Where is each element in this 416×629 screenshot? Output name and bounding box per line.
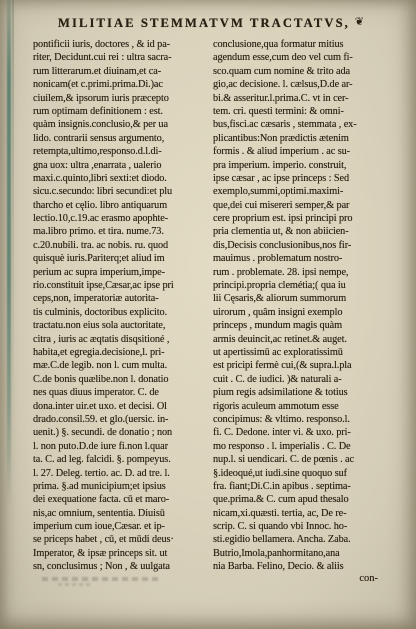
- text-line: dona.inter uir.et uxo. et decisi. Ol: [33, 400, 206, 413]
- text-line: conclusione,qua formatur mitius: [213, 38, 392, 51]
- text-line: tharcho et cęlio. libro antiquarum: [33, 199, 206, 212]
- text-line: principi.propria clemétia;( qua iu: [213, 279, 392, 292]
- text-line: gio,ac decisione. l. cælsus,D.de ar-: [213, 78, 392, 91]
- text-line: ceps,non, imperatoriæ autorita-: [33, 292, 206, 305]
- text-line: pontificii iuris, doctores , & id pa-: [33, 38, 206, 51]
- text-line: fi. C. Dedone. inter vi. & uxo. pri-: [213, 426, 392, 439]
- hedera-ornament-icon: ❦: [355, 15, 364, 28]
- text-line: Imperator, & ipsæ princeps sit. ut: [33, 547, 206, 560]
- running-title: MILITIAE STEMMATVM TRACTATVS,: [58, 16, 350, 31]
- text-line: imperium cum ioue,Cæsar. et ip-: [33, 520, 206, 533]
- text-line: nup.l. si uendicari. C. de pœnis . ac: [213, 453, 392, 466]
- text-line: armis deuincit,ac retinet.& auget.: [213, 333, 392, 346]
- text-line: princeps , mundum magis quàm: [213, 319, 392, 332]
- text-line: pra imperium. imperio. construit,: [213, 159, 392, 172]
- text-line: sicu.c.secundo: libri secundi:et plu: [33, 185, 206, 198]
- text-line: scrip. C. si quando vbi Innoc. ho-: [213, 520, 392, 533]
- text-line: plicantibus:Non prædictis ætenim: [213, 132, 392, 145]
- text-line: pria clementia ut, & non abiicien-: [213, 225, 392, 238]
- text-line: lii Cęsaris,& aliorum summorum: [213, 292, 392, 305]
- text-column-left: pontificii iuris, doctores , & id pa-rit…: [33, 38, 206, 574]
- text-line: ciuilem,& ipsorum iuris præcepto: [33, 92, 206, 105]
- book-page: MILITIAE STEMMATVM TRACTATVS, ❦ pontific…: [0, 0, 416, 629]
- text-line: retempta,ultimo,responso.d.l.di-: [33, 145, 206, 158]
- text-line: que.prima.& C. cum apud thesalo: [213, 493, 392, 506]
- text-line: formis . & aliud imperium . ac su-: [213, 145, 392, 158]
- text-line: nis,ac omnium, sententia. Diuisū: [33, 507, 206, 520]
- text-line: ma.libro primo. et tira. nume.73.: [33, 225, 206, 238]
- ink-bleedthrough: [58, 583, 92, 586]
- text-line: rigoris aculeum ammotum esse: [213, 400, 392, 413]
- text-line: Butrio,Imola,panhormitano,ana: [213, 547, 392, 560]
- catchword: con-: [359, 573, 378, 584]
- text-line: §.ideoqué,ut iudi.sine quoquo suf: [213, 467, 392, 480]
- text-line: dei exequatione facta. cū et maro-: [33, 493, 206, 506]
- text-line: C.de bonis quælibe.non l. donatio: [33, 373, 206, 386]
- text-line: est pricipi fermè cui,(& supra.l.pla: [213, 359, 392, 372]
- text-line: nia Barba. Felino, Decio. & aliis: [213, 560, 392, 573]
- text-line: c.20.nubili. tra. ac nobis. ru. quod: [33, 239, 206, 252]
- ink-bleedthrough: [42, 577, 160, 581]
- text-line: bus,fisci.ac cæsaris , stemmata , ex-: [213, 118, 392, 131]
- text-line: rum litterarum.et diuinam,et ca-: [33, 65, 206, 78]
- text-line: citra , iuris ac æqtatis disqsitioné ,: [33, 333, 206, 346]
- text-line: gna uox: ultra ,enarrata , ualerio: [33, 159, 206, 172]
- text-line: ipse cæsar , ac ipse princeps : Sed: [213, 172, 392, 185]
- text-line: se priceps habet , cū, et mūdi deus·: [33, 533, 206, 546]
- text-line: tem. cri. questi termini: & omni-: [213, 105, 392, 118]
- text-line: mo responso . l. imperialis . C. De: [213, 440, 392, 453]
- text-line: ta. C. ad leg. falcidi. §. pompeyus.: [33, 453, 206, 466]
- text-line: que,dei cui misereri semper,& par: [213, 199, 392, 212]
- text-line: nicam,xi.quæsti. tertia, ac, De re-: [213, 507, 392, 520]
- text-line: dis,Decisis conclusionibus,nos fir-: [213, 239, 392, 252]
- text-line: uirorum , quâm insigni exemplo: [213, 306, 392, 319]
- text-line: quàm insignis.conclusio,& per ua: [33, 118, 206, 131]
- text-line: rum optimam definitionem : est.: [33, 105, 206, 118]
- text-line: habita,et egregia.decisione,l. pri-: [33, 346, 206, 359]
- text-line: tractatu.non eius sola auctoritate,: [33, 319, 206, 332]
- book-edge-strip-inner: [12, 0, 14, 430]
- text-line: prima. §.ad municipium;et ipsius: [33, 480, 206, 493]
- text-line: nonicam(et c.primi.prima.Di.)ac: [33, 78, 206, 91]
- page-header: MILITIAE STEMMATVM TRACTATVS, ❦: [36, 16, 392, 32]
- text-line: nes quas diuus imperator. C. de: [33, 386, 206, 399]
- text-line: l. 27. Deleg. tertio. ac. D. ad tre. l.: [33, 467, 206, 480]
- text-column-right: conclusione,qua formatur mitiusagendum e…: [213, 38, 392, 574]
- text-line: mauimus . problematum nostro-: [213, 252, 392, 265]
- text-line: ut apertissimū ac exploratissimū: [213, 346, 392, 359]
- text-columns: pontificii iuris, doctores , & id pa-rit…: [33, 38, 392, 574]
- text-line: quisquè iuris.Pariterq;et aliud im: [33, 252, 206, 265]
- text-line: sn, conclusimus ; Non , & uulgata: [33, 560, 206, 573]
- text-line: uenit.) §. secundi. de donatio ; non: [33, 426, 206, 439]
- text-line: cere proprium est. ipsi principi pro: [213, 212, 392, 225]
- text-line: riter, Decidunt.cui rei : ultra sacra-: [33, 51, 206, 64]
- text-line: concipimus: & vltimo. responso.l.: [213, 413, 392, 426]
- text-line: maxi.c.quinto,libri sexti:et diodo.: [33, 172, 206, 185]
- text-line: rio.constituit ipse,Cæsar,ac ipse pri: [33, 279, 206, 292]
- text-line: lido. contrarii sensus argumento,: [33, 132, 206, 145]
- text-line: drado.consil.59. et glo.(uersic. in-: [33, 413, 206, 426]
- text-line: fra. fiant;Di.C.in apibus . septima-: [213, 480, 392, 493]
- text-line: pium regis adsimilatione & totius: [213, 386, 392, 399]
- text-line: l. non puto.D.de iure fi.non l.quar: [33, 440, 206, 453]
- text-line: sco.quam cum nomine & trito ada: [213, 65, 392, 78]
- text-line: mæ.C.de legib. non l. cum multa.: [33, 359, 206, 372]
- book-edge-strip: [7, 0, 11, 505]
- text-line: bi.& asseritur.l.prima.C. vt in cer-: [213, 92, 392, 105]
- text-line: rum . problemate. 28. ipsi nempe,: [213, 266, 392, 279]
- text-line: exemplo,summi,optimi.maximi-: [213, 185, 392, 198]
- text-line: agendum esse,cum deo vel cum fi-: [213, 51, 392, 64]
- text-line: perium ac supra imperium,impe-: [33, 266, 206, 279]
- text-line: cuit . C. de iudici. )& naturali a-: [213, 373, 392, 386]
- text-line: tis culminis, doctoribus explicito.: [33, 306, 206, 319]
- text-line: sti.egidio bellamera. Ancha. Zaba.: [213, 533, 392, 546]
- text-line: lectio.10,c.19.ac erasmo apophte-: [33, 212, 206, 225]
